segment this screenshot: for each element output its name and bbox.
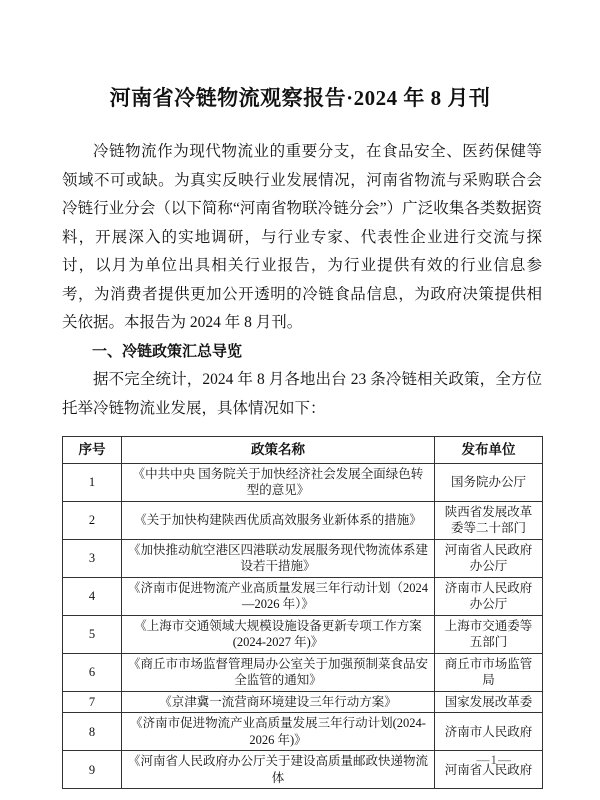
- policy-name-cell: 《济南市促进物流产业高质量发展三年行动计划（2024—2026 年）》: [122, 577, 435, 615]
- issuer-cell: 济南市人民政府办公厅: [435, 577, 543, 615]
- table-row: 2 《关于加快构建陕西优质高效服务业新体系的措施》 陕西省发展改革委等二十部门: [63, 501, 543, 539]
- policy-name-cell: 《河南省人民政府办公厅关于建设高质量邮政快递物流体: [122, 751, 435, 789]
- document-body: 冷链物流作为现代物流业的重要分支，在食品安全、医药保健等领域不可或缺。为真实反映…: [62, 138, 542, 789]
- issuer-cell: 国务院办公厅: [435, 463, 543, 501]
- table-row: 7 《京津冀一流营商环境建设三年行动方案》 国家发展改革委: [63, 691, 543, 713]
- intro-paragraph: 冷链物流作为现代物流业的重要分支，在食品安全、医药保健等领域不可或缺。为真实反映…: [62, 138, 542, 338]
- table-row: 4 《济南市促进物流产业高质量发展三年行动计划（2024—2026 年）》 济南…: [63, 577, 543, 615]
- policy-name-cell: 《上海市交通领域大规模设施设备更新专项工作方案(2024-2027 年)》: [122, 615, 435, 653]
- policy-name-cell: 《关于加快构建陕西优质高效服务业新体系的措施》: [122, 501, 435, 539]
- row-no-cell: 4: [63, 577, 122, 615]
- policy-table: 序号 政策名称 发布单位 1 《中共中央 国务院关于加快经济社会发展全面绿色转型…: [62, 436, 543, 789]
- row-no-cell: 6: [63, 653, 122, 691]
- row-no-cell: 7: [63, 691, 122, 713]
- section-heading-policy-overview: 一、冷链政策汇总导览: [62, 338, 542, 367]
- row-no-cell: 2: [63, 501, 122, 539]
- policy-name-cell: 《中共中央 国务院关于加快经济社会发展全面绿色转型的意见》: [122, 463, 435, 501]
- table-row: 5 《上海市交通领域大规模设施设备更新专项工作方案(2024-2027 年)》 …: [63, 615, 543, 653]
- document-page: 河南省冷链物流观察报告·2024 年 8 月刊 冷链物流作为现代物流业的重要分支…: [0, 0, 600, 800]
- table-row: 1 《中共中央 国务院关于加快经济社会发展全面绿色转型的意见》 国务院办公厅: [63, 463, 543, 501]
- table-header-row: 序号 政策名称 发布单位: [63, 437, 543, 464]
- issuer-cell: 陕西省发展改革委等二十部门: [435, 501, 543, 539]
- issuer-cell: 上海市交通委等五部门: [435, 615, 543, 653]
- table-row: 3 《加快推动航空港区四港联动发展服务现代物流体系建设若干措施》 河南省人民政府…: [63, 539, 543, 577]
- issuer-cell: 河南省人民政府办公厅: [435, 539, 543, 577]
- row-no-cell: 8: [63, 713, 122, 751]
- row-no-cell: 9: [63, 751, 122, 789]
- issuer-cell: 国家发展改革委: [435, 691, 543, 713]
- policy-name-cell: 《济南市促进物流产业高质量发展三年行动计划(2024-2026 年)》: [122, 713, 435, 751]
- document-title: 河南省冷链物流观察报告·2024 年 8 月刊: [0, 82, 600, 112]
- policy-name-cell: 《商丘市市场监督管理局办公室关于加强预制菜食品安全监管的通知》: [122, 653, 435, 691]
- header-issuing-unit: 发布单位: [435, 437, 543, 464]
- policy-name-cell: 《京津冀一流营商环境建设三年行动方案》: [122, 691, 435, 713]
- row-no-cell: 5: [63, 615, 122, 653]
- row-no-cell: 1: [63, 463, 122, 501]
- table-row: 9 《河南省人民政府办公厅关于建设高质量邮政快递物流体 河南省人民政府: [63, 751, 543, 789]
- row-no-cell: 3: [63, 539, 122, 577]
- policy-name-cell: 《加快推动航空港区四港联动发展服务现代物流体系建设若干措施》: [122, 539, 435, 577]
- table-row: 6 《商丘市市场监督管理局办公室关于加强预制菜食品安全监管的通知》 商丘市市场监…: [63, 653, 543, 691]
- issuer-cell: 济南市人民政府: [435, 713, 543, 751]
- header-serial-number: 序号: [63, 437, 122, 464]
- lead-in-paragraph: 据不完全统计，2024 年 8 月各地出台 23 条冷链相关政策，全方位托举冷链…: [62, 366, 542, 423]
- table-row: 8 《济南市促进物流产业高质量发展三年行动计划(2024-2026 年)》 济南…: [63, 713, 543, 751]
- page-number: —1—: [477, 752, 513, 768]
- issuer-cell: 商丘市市场监管局: [435, 653, 543, 691]
- header-policy-name: 政策名称: [122, 437, 435, 464]
